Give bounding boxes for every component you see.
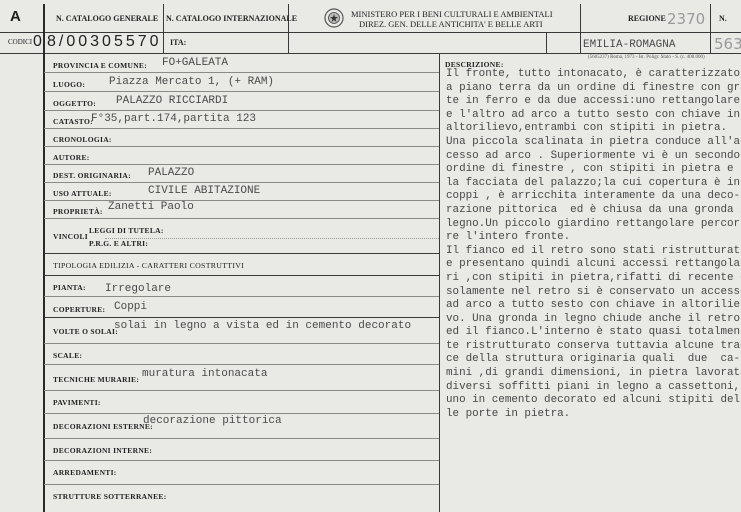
printer-note: (5605237) Roma, 1973 - Ist. Poligr. Stat… [588, 55, 705, 60]
row-divider [44, 413, 439, 414]
regione-value: EMILIA-ROMAGNA [583, 39, 675, 51]
field-value: PALAZZO [148, 167, 194, 179]
tipologia-heading: TIPOLOGIA EDILIZIA - CARATTERI COSTRUTTI… [53, 261, 244, 270]
field-label: COPERTURE: [53, 305, 105, 314]
codici-label: CODICI [8, 38, 32, 46]
row-divider [44, 296, 439, 297]
row-divider [44, 343, 439, 344]
description-line: uno in cemento decorato ed alcuni stipit… [446, 394, 741, 408]
field-label: VOLTE o SOLAI: [53, 327, 118, 336]
description-line: ri ,con stipiti in pietra,rifatti di rec… [446, 272, 741, 286]
field-label: DECORAZIONI INTERNE: [53, 446, 152, 455]
field-value: PALAZZO RICCIARDI [116, 95, 228, 107]
row-divider [44, 438, 439, 439]
field-label: DECORAZIONI ESTERNE: [53, 422, 153, 431]
row-divider [44, 484, 439, 485]
vincoli-dotted-divider [105, 238, 439, 239]
n-label: N. [719, 14, 727, 23]
field-label: PAVIMENTI: [53, 398, 101, 407]
field-label: TECNICHE MURARIE: [53, 375, 139, 384]
catalogo-generale-value: 8/00305570 [47, 33, 162, 51]
regione-label: REGIONE [628, 14, 666, 23]
field-label: DEST. ORIGINARIA: [53, 171, 131, 180]
catalogo-internazionale-label: N. CATALOGO INTERNAZIONALE [166, 14, 297, 23]
description-line: ce della struttura originaria quali due … [446, 353, 741, 367]
row-divider [44, 218, 439, 219]
section-divider [44, 275, 439, 276]
header-col-divider-5 [710, 4, 711, 53]
description-line: solamente nel retro si è conservato un a… [446, 286, 741, 300]
row-divider [44, 182, 439, 183]
ministry-line-1: MINISTERO PER I BENI CULTURALI E AMBIENT… [351, 9, 553, 19]
description-line: e presentano quindi alcuni accessi retta… [446, 258, 741, 272]
description-line: diversi soffitti piani in legno a casset… [446, 381, 741, 395]
codice-prefix: 0 [33, 33, 42, 51]
description-line: Il fronte, tutto intonacato, è caratteri… [446, 68, 741, 82]
description-line: razione pittorica ed è chiusa da una gro… [446, 204, 741, 218]
description-line: le porte in pietra. [446, 408, 741, 422]
header-col-divider-1 [163, 4, 164, 53]
ministry-line-2: DIREZ. GEN. DELLE ANTICHITA' E BELLE ART… [351, 19, 553, 29]
field-label: SCALE: [53, 351, 82, 360]
row-divider [44, 390, 439, 391]
description-line: ordine di finestre , con stipiti in piet… [446, 163, 741, 177]
n-handwritten-number: 563 [714, 35, 741, 53]
description-line: ed il fianco.L'interno è stato quasi tot… [446, 326, 741, 340]
field-label: USO ATTUALE: [53, 189, 112, 198]
leggi-tutela-label: LEGGI DI TUTELA: [89, 226, 164, 235]
field-value: Piazza Mercato 1, (+ RAM) [109, 76, 274, 88]
field-label: AUTORE: [53, 153, 90, 162]
field-value: CIVILE ABITAZIONE [148, 185, 260, 197]
field-label: CATASTO: [53, 117, 93, 126]
description-line: legno.Un piccolo giardino rettangolare p… [446, 218, 741, 232]
row-divider [44, 72, 439, 73]
italian-republic-emblem-icon [324, 8, 344, 28]
description-line: e l'altro ad arco a tutto sesto con chia… [446, 109, 741, 123]
header-col-divider-4 [580, 4, 581, 53]
row-divider [44, 364, 439, 365]
description-line: cesso ad arco . Superiormente vi è un se… [446, 150, 741, 164]
field-value: solai in legno a vista ed in cemento dec… [114, 320, 411, 332]
row-divider [44, 110, 439, 111]
header-col-divider-3 [546, 32, 547, 53]
catalogo-generale-label: N. CATALOGO GENERALE [56, 14, 158, 23]
row-divider [44, 146, 439, 147]
row-divider [44, 317, 439, 318]
section-letter: A [10, 8, 21, 25]
field-label: OGGETTO: [53, 99, 96, 108]
field-label: PROVINCIA E COMUNE: [53, 61, 147, 70]
description-line: Il fianco ed il retro sono stati ristrut… [446, 245, 741, 259]
field-value: Coppi [114, 301, 147, 313]
description-line: te in ferro e da due accessi:uno rettang… [446, 95, 741, 109]
field-label: STRUTTURE SOTTERRANEE: [53, 492, 167, 501]
description-line: te ristrutturato conserva tuttavia alcun… [446, 340, 741, 354]
field-value: decorazione pittorica [143, 415, 282, 427]
row-divider [44, 164, 439, 165]
column-divider [439, 53, 440, 512]
row-divider [44, 128, 439, 129]
field-label: LUOGO: [53, 80, 85, 89]
field-value: Irregolare [105, 283, 171, 295]
description-line: vo. Una gronda in legno chiude anche il … [446, 313, 741, 327]
field-value: Zanetti Paolo [108, 201, 194, 213]
description-line: mini ,di grandi dimensioni, in pietra la… [446, 367, 741, 381]
description-line: ad arco a tutto sesto con chiave in alto… [446, 299, 741, 313]
description-line: altorilievo,entrambi con stipiti in piet… [446, 122, 741, 136]
field-value: FO+GALEATA [162, 57, 228, 69]
row-divider [44, 200, 439, 201]
row-divider [44, 460, 439, 461]
field-label: PROPRIETÀ: [53, 207, 103, 216]
left-margin-line [43, 4, 45, 512]
description-line: a piano terra da un ordine di finestre c… [446, 82, 741, 96]
field-value: muratura intonacata [142, 368, 267, 380]
description-line: re l'intero fronte. [446, 231, 741, 245]
description-line: Una piccola scalinata in pietra conduce … [446, 136, 741, 150]
ita-label: ITA: [170, 38, 186, 47]
header-bottom-border [0, 53, 741, 54]
section-divider [44, 253, 439, 254]
field-label: PIANTA: [53, 283, 86, 292]
field-label: ARREDAMENTI: [53, 468, 117, 477]
regione-handwritten-number: 2370 [667, 10, 705, 28]
vincoli-label: VINCOLI [53, 232, 88, 241]
row-divider [44, 91, 439, 92]
descrizione-text: Il fronte, tutto intonacato, è caratteri… [446, 68, 741, 421]
field-value: F°35,part.174,partita 123 [91, 113, 256, 125]
description-line: coppi , è arricchita interamente da una … [446, 190, 741, 204]
field-label: CRONOLOGIA: [53, 135, 112, 144]
description-line: la facciata del palazzo;la cui copertura… [446, 177, 741, 191]
header-col-divider-2 [288, 4, 289, 53]
ministry-title: MINISTERO PER I BENI CULTURALI E AMBIENT… [351, 9, 553, 29]
prg-label: P.R.G. E ALTRI: [89, 239, 148, 248]
